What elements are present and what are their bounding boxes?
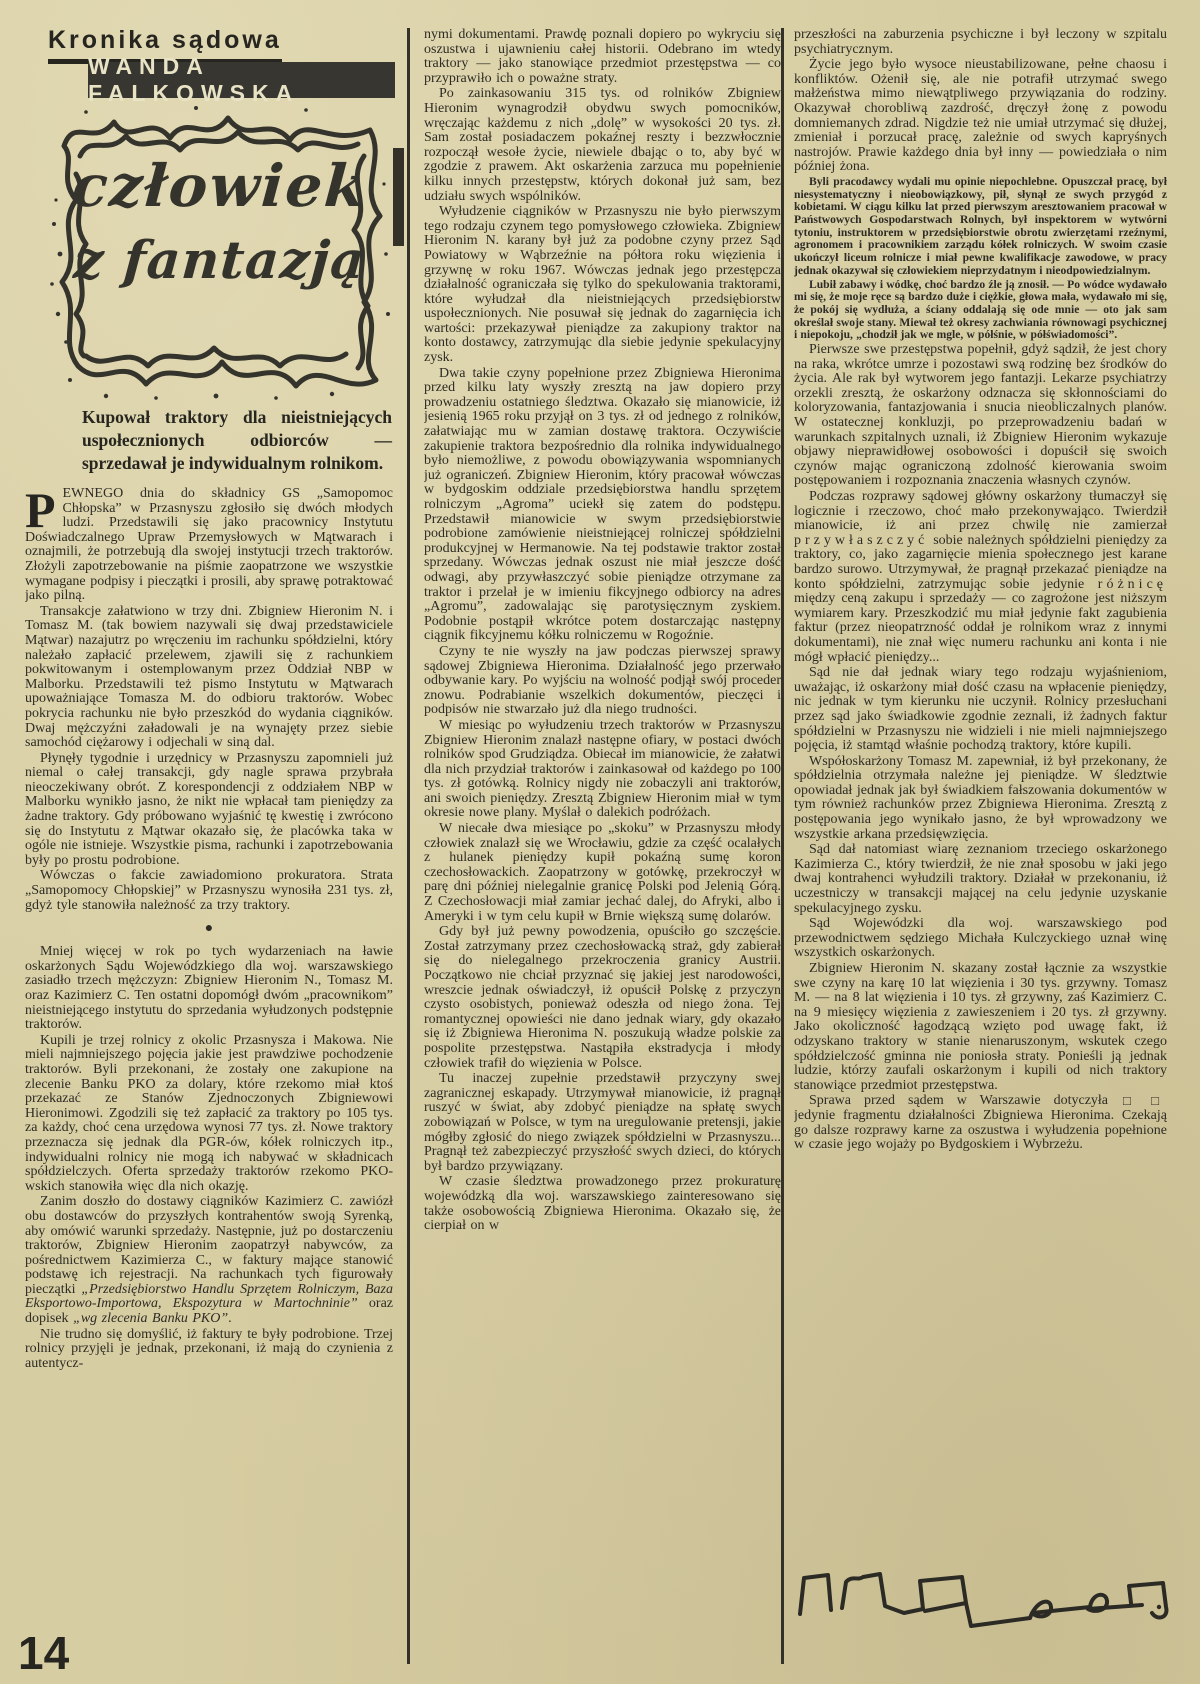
paragraph: Po zainkasowaniu 315 tys. od rolników Zb… [424,87,781,204]
column-rule-2 [781,28,784,1664]
article-title-line2: z fantazją [44,230,395,291]
rule-ink-tab [393,148,404,246]
text-segment: między ceną zakupu i sprzedaży — co zagr… [794,591,1167,664]
text-segment: Sąd dał natomiast wiarę zeznaniom trzeci… [794,842,1167,915]
article-lead: Kupował traktory dla nieistniejących usp… [82,406,392,475]
page-number: 14 [18,1626,69,1680]
text-segment: Życie jego było wysoce nieustabilizowane… [794,57,1167,174]
text-segment: nymi dokumentami. Prawdę poznali dopiero… [424,28,781,86]
paragraph: Wówczas o fakcie zawiadomiono prokurator… [25,869,393,913]
drop-cap: P [25,487,63,530]
paragraph: W miesiąc po wyłudzeniu trzech traktorów… [424,719,781,821]
paragraph: Dwa takie czyny popełnione przez Zbignie… [424,367,781,644]
text-segment: przywłaszczyć [794,533,928,548]
column-rule-1 [407,28,410,1664]
text-segment: przeszłości na zaburzenia psychiczne i b… [794,28,1167,57]
text-segment: Sąd Wojewódzki dla woj. warszawskiego po… [794,916,1167,960]
title-ornament-frame: człowiek z fantazją [46,104,393,402]
text-segment: Współoskarżony Tomasz M. zapewniał, iż b… [794,754,1167,842]
newspaper-page: { "colors": { "paper": "#d7cda2", "ink":… [0,0,1200,1684]
paragraph: Sąd dał natomiast wiarę zeznaniom trzeci… [794,843,1167,916]
signature-doodle-icon [790,1566,1190,1666]
paragraph: Kupili je trzej rolnicy z okolic Przasny… [25,1034,393,1195]
text-segment: Zbigniew Hieronim N. skazany został łącz… [794,961,1167,1093]
text-segment: „wg zlecenia Banku PKO” [73,1311,228,1326]
text-segment: „Przedsiębiorstwo Handlu Sprzętem Rolnic… [25,1282,393,1312]
paragraph: Transakcje załatwiono w trzy dni. Zbigni… [25,605,393,751]
paragraph: □ □Sprawa przed sądem w Warszawie dotycz… [794,1094,1167,1152]
paragraph: Nie trudno się domyślić, iż faktury te b… [25,1328,393,1372]
text-segment: Transakcje załatwiono w trzy dni. Zbigni… [25,604,393,750]
paragraph: Sąd Wojewódzki dla woj. warszawskiego po… [794,917,1167,961]
text-segment: Płynęły tygodnie i urzędnicy w Przasnysz… [25,751,393,868]
paragraph: W niecałe dwa miesiące po „skoku” w Prza… [424,822,781,924]
paragraph: Podczas rozprawy sądowej główny oskarżon… [794,490,1167,665]
author-name: WANDA FALKOWSKA [88,53,395,107]
text-segment: W czasie śledztwa prowadzonego przez pro… [424,1174,781,1233]
paragraph: Płynęły tygodnie i urzędnicy w Przasnysz… [25,752,393,869]
text-segment: Wówczas o fakcie zawiadomiono prokurator… [25,868,393,912]
text-column-1: PEWNEGO dnia do składnicy GS „Samopomoc … [25,487,393,1642]
paragraph: Mniej więcej w rok po tych wydarzeniach … [25,945,393,1033]
article-title-line1: człowiek [44,152,396,220]
paragraph: Życie jego było wysoce nieustabilizowane… [794,58,1167,175]
paragraph: Byli pracodawcy wydali mu opinie niepoch… [794,176,1167,278]
paragraph: Zanim doszło do dostawy ciągników Kazimi… [25,1195,393,1326]
paragraph: nymi dokumentami. Prawdę poznali dopiero… [424,28,781,86]
text-segment: Nie trudno się domyślić, iż faktury te b… [25,1327,393,1371]
paragraph: Pierwsze swe przestępstwa popełnił, gdyż… [794,343,1167,489]
text-segment: Byli pracodawcy wydali mu opinie niepoch… [794,175,1167,277]
paragraph: Gdy był już pewny powodzenia, opuściło g… [424,925,781,1071]
text-segment: Pierwsze swe przestępstwa popełnił, gdyż… [794,342,1167,488]
paragraph: Lubił zabawy i wódkę, choć bardzo źle ją… [794,279,1167,343]
text-segment: Po zainkasowaniu 315 tys. od rolników Zb… [424,86,781,203]
end-of-article-marks: □ □ [1108,1094,1167,1109]
text-segment: . [228,1311,232,1326]
text-segment: Podczas rozprawy sądowej główny oskarżon… [794,489,1167,533]
text-segment: Dwa takie czyny popełnione przez Zbignie… [424,366,781,644]
paragraph: Tu inaczej zupełnie przedstawił przyczyn… [424,1072,781,1174]
text-segment: Mniej więcej w rok po tych wydarzeniach … [25,944,393,1032]
text-segment: Lubił zabawy i wódkę, choć bardzo źle ją… [794,278,1167,342]
text-segment: Sąd nie dał jednak wiary tego rodzaju wy… [794,665,1167,753]
author-byline-box: WANDA FALKOWSKA [88,62,395,98]
paragraph: Współoskarżony Tomasz M. zapewniał, iż b… [794,755,1167,843]
text-segment: Czyny te nie wyszły na jaw podczas pierw… [424,644,781,717]
text-segment: W niecałe dwa miesiące po „skoku” w Prza… [424,821,781,924]
text-segment: Tu inaczej zupełnie przedstawił przyczyn… [424,1071,781,1174]
text-segment: Gdy był już pewny powodzenia, opuściło g… [424,924,781,1070]
paragraph: PEWNEGO dnia do składnicy GS „Samopomoc … [25,487,393,604]
text-segment: różnicę [1098,577,1167,592]
text-segment: Wyłudzenie ciągników w Przasnyszu nie by… [424,204,781,365]
text-column-3: przeszłości na zaburzenia psychiczne i b… [794,28,1167,1573]
section-divider-dot: ● [25,922,393,936]
paragraph: W czasie śledztwa prowadzonego przez pro… [424,1175,781,1233]
paragraph: Zbigniew Hieronim N. skazany został łącz… [794,962,1167,1093]
text-segment: W miesiąc po wyłudzeniu trzech traktorów… [424,718,781,821]
text-segment: Kupili je trzej rolnicy z okolic Przasny… [25,1033,393,1194]
text-segment: EWNEGO dnia do składnicy GS „Samopomoc C… [25,487,393,603]
paragraph: Wyłudzenie ciągników w Przasnyszu nie by… [424,205,781,366]
paragraph: Czyny te nie wyszły na jaw podczas pierw… [424,645,781,718]
text-column-2: nymi dokumentami. Prawdę poznali dopiero… [424,28,781,1666]
paragraph: Sąd nie dał jednak wiary tego rodzaju wy… [794,666,1167,754]
paragraph: przeszłości na zaburzenia psychiczne i b… [794,28,1167,57]
